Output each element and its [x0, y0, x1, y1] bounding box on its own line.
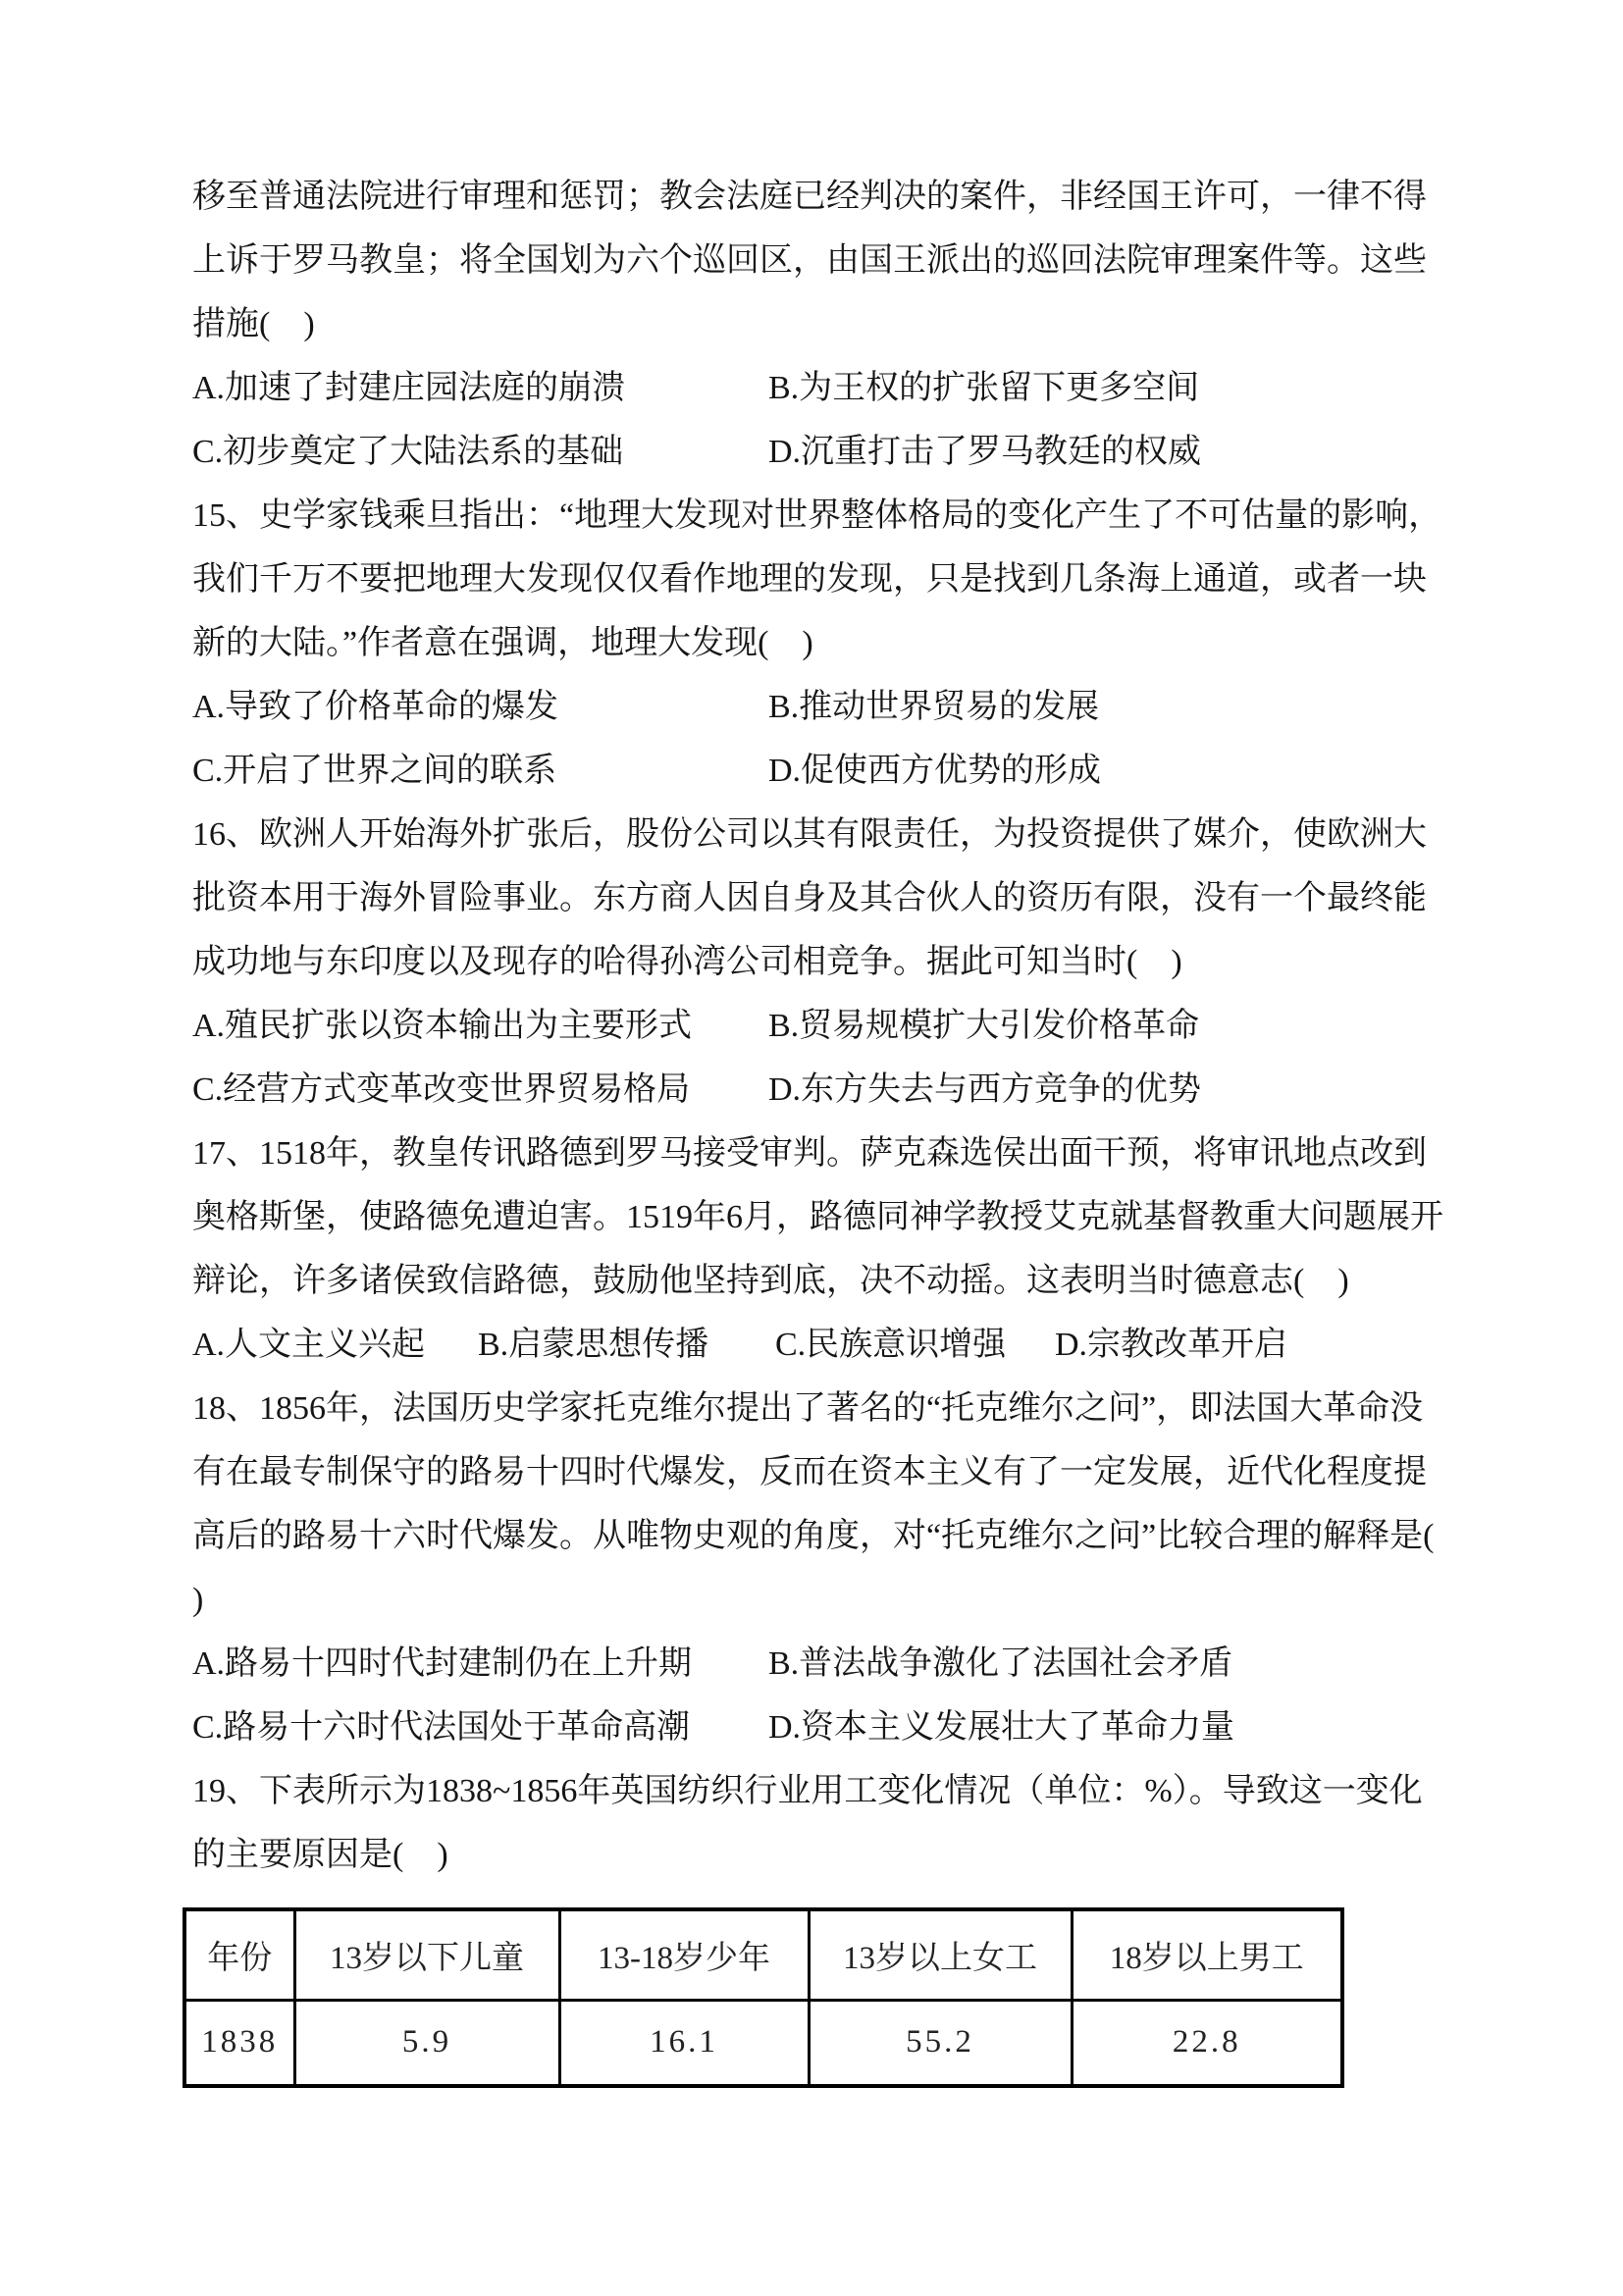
table-header-13to18: 13-18岁少年 — [559, 1909, 809, 2000]
exam-text-block: 移至普通法院进行审理和惩罚；教会法庭已经判决的案件，非经国王许可，一律不得 上诉… — [192, 165, 1468, 1887]
q17-option-d: D.宗教改革开启 — [1055, 1313, 1287, 1377]
q17-text-line-1: 17、1518年，教皇传讯路德到罗马接受审判。萨克森选侯出面干预，将审讯地点改到 — [192, 1122, 1468, 1185]
q19-text-line-2: 的主要原因是( ) — [192, 1823, 1468, 1887]
q18-text-line-3: 高后的路易十六时代爆发。从唯物史观的角度，对“托克维尔之问”比较合理的解释是( — [192, 1504, 1468, 1568]
q18-options-row-ab: A.路易十四时代封建制仍在上升期 B.普法战争激化了法国社会矛盾 — [192, 1632, 1468, 1696]
q15-options-row-cd: C.开启了世界之间的联系 D.促使西方优势的形成 — [192, 739, 1468, 803]
q16-option-b: B.贸易规模扩大引发价格革命 — [768, 994, 1199, 1058]
q16-text-line-1: 16、欧洲人开始海外扩张后，股份公司以其有限责任，为投资提供了媒介，使欧洲大 — [192, 803, 1468, 866]
table-cell-women-over13: 55.2 — [809, 2000, 1072, 2086]
table-row: 1838 5.9 16.1 55.2 22.8 — [184, 2000, 1342, 2086]
table-header-year: 年份 — [184, 1909, 294, 2000]
q17-option-b: B.启蒙思想传播 — [478, 1313, 708, 1377]
q15-option-a: A.导致了价格革命的爆发 — [192, 675, 558, 739]
q18-option-c: C.路易十六时代法国处于革命高潮 — [192, 1696, 690, 1759]
q16-text-line-2: 批资本用于海外冒险事业。东方商人因自身及其合伙人的资历有限，没有一个最终能 — [192, 866, 1468, 930]
q14-option-c: C.初步奠定了大陆法系的基础 — [192, 420, 623, 484]
q19-text-line-1: 19、下表所示为1838~1856年英国纺织行业用工变化情况（单位：%）。导致这… — [192, 1759, 1468, 1823]
q18-text-line-1: 18、1856年，法国历史学家托克维尔提出了著名的“托克维尔之问”，即法国大革命… — [192, 1377, 1468, 1440]
table-cell-under13: 5.9 — [294, 2000, 559, 2086]
q16-options-row-cd: C.经营方式变革改变世界贸易格局 D.东方失去与西方竞争的优势 — [192, 1058, 1468, 1122]
q14-option-a: A.加速了封建庄园法庭的崩溃 — [192, 356, 625, 420]
q14-text-line-1: 移至普通法院进行审理和惩罚；教会法庭已经判决的案件，非经国王许可，一律不得 — [192, 165, 1468, 229]
q16-option-c: C.经营方式变革改变世界贸易格局 — [192, 1058, 690, 1122]
q18-option-b: B.普法战争激化了法国社会矛盾 — [768, 1632, 1232, 1696]
table-cell-year: 1838 — [184, 2000, 294, 2086]
q15-option-d: D.促使西方优势的形成 — [768, 739, 1101, 803]
q15-text-line-1: 15、史学家钱乘旦指出：“地理大发现对世界整体格局的变化产生了不可估量的影响， — [192, 484, 1468, 548]
table-cell-13to18: 16.1 — [559, 2000, 809, 2086]
q17-option-c: C.民族意识增强 — [775, 1313, 1006, 1377]
q14-options-row-ab: A.加速了封建庄园法庭的崩溃 B.为王权的扩张留下更多空间 — [192, 356, 1468, 420]
q17-options-row: A.人文主义兴起 B.启蒙思想传播 C.民族意识增强 D.宗教改革开启 — [192, 1313, 1468, 1377]
q16-option-d: D.东方失去与西方竞争的优势 — [768, 1058, 1201, 1122]
q18-text-line-2: 有在最专制保守的路易十四时代爆发，反而在资本主义有了一定发展，近代化程度提 — [192, 1440, 1468, 1504]
q14-text-line-2: 上诉于罗马教皇；将全国划为六个巡回区，由国王派出的巡回法院审理案件等。这些 — [192, 229, 1468, 292]
q16-options-row-ab: A.殖民扩张以资本输出为主要形式 B.贸易规模扩大引发价格革命 — [192, 994, 1468, 1058]
table-header-row: 年份 13岁以下儿童 13-18岁少年 13岁以上女工 18岁以上男工 — [184, 1909, 1342, 2000]
q18-text-line-4: ) — [192, 1568, 1468, 1632]
q18-option-d: D.资本主义发展壮大了革命力量 — [768, 1696, 1234, 1759]
table-cell-men-over18: 22.8 — [1072, 2000, 1342, 2086]
q14-option-d: D.沉重打击了罗马教廷的权威 — [768, 420, 1201, 484]
q15-options-row-ab: A.导致了价格革命的爆发 B.推动世界贸易的发展 — [192, 675, 1468, 739]
q15-text-line-2: 我们千万不要把地理大发现仅仅看作地理的发现，只是找到几条海上通道，或者一块 — [192, 548, 1468, 611]
q14-option-b: B.为王权的扩张留下更多空间 — [768, 356, 1199, 420]
q17-option-a: A.人文主义兴起 — [192, 1313, 425, 1377]
q15-option-b: B.推动世界贸易的发展 — [768, 675, 1099, 739]
table-header-under13: 13岁以下儿童 — [294, 1909, 559, 2000]
table-header-men-over18: 18岁以上男工 — [1072, 1909, 1342, 2000]
q19-employment-table: 年份 13岁以下儿童 13-18岁少年 13岁以上女工 18岁以上男工 1838… — [183, 1907, 1344, 2088]
q17-text-line-2: 奥格斯堡，使路德免遭迫害。1519年6月，路德同神学教授艾克就基督教重大问题展开 — [192, 1185, 1468, 1249]
q15-option-c: C.开启了世界之间的联系 — [192, 739, 556, 803]
q16-option-a: A.殖民扩张以资本输出为主要形式 — [192, 994, 692, 1058]
q14-options-row-cd: C.初步奠定了大陆法系的基础 D.沉重打击了罗马教廷的权威 — [192, 420, 1468, 484]
q18-option-a: A.路易十四时代封建制仍在上升期 — [192, 1632, 692, 1696]
q16-text-line-3: 成功地与东印度以及现存的哈得孙湾公司相竞争。据此可知当时( ) — [192, 930, 1468, 994]
q14-text-line-3: 措施( ) — [192, 292, 1468, 356]
q15-text-line-3: 新的大陆。”作者意在强调，地理大发现( ) — [192, 611, 1468, 675]
table-header-women-over13: 13岁以上女工 — [809, 1909, 1072, 2000]
q17-text-line-3: 辩论，许多诸侯致信路德，鼓励他坚持到底，决不动摇。这表明当时德意志( ) — [192, 1249, 1468, 1313]
q18-options-row-cd: C.路易十六时代法国处于革命高潮 D.资本主义发展壮大了革命力量 — [192, 1696, 1468, 1759]
